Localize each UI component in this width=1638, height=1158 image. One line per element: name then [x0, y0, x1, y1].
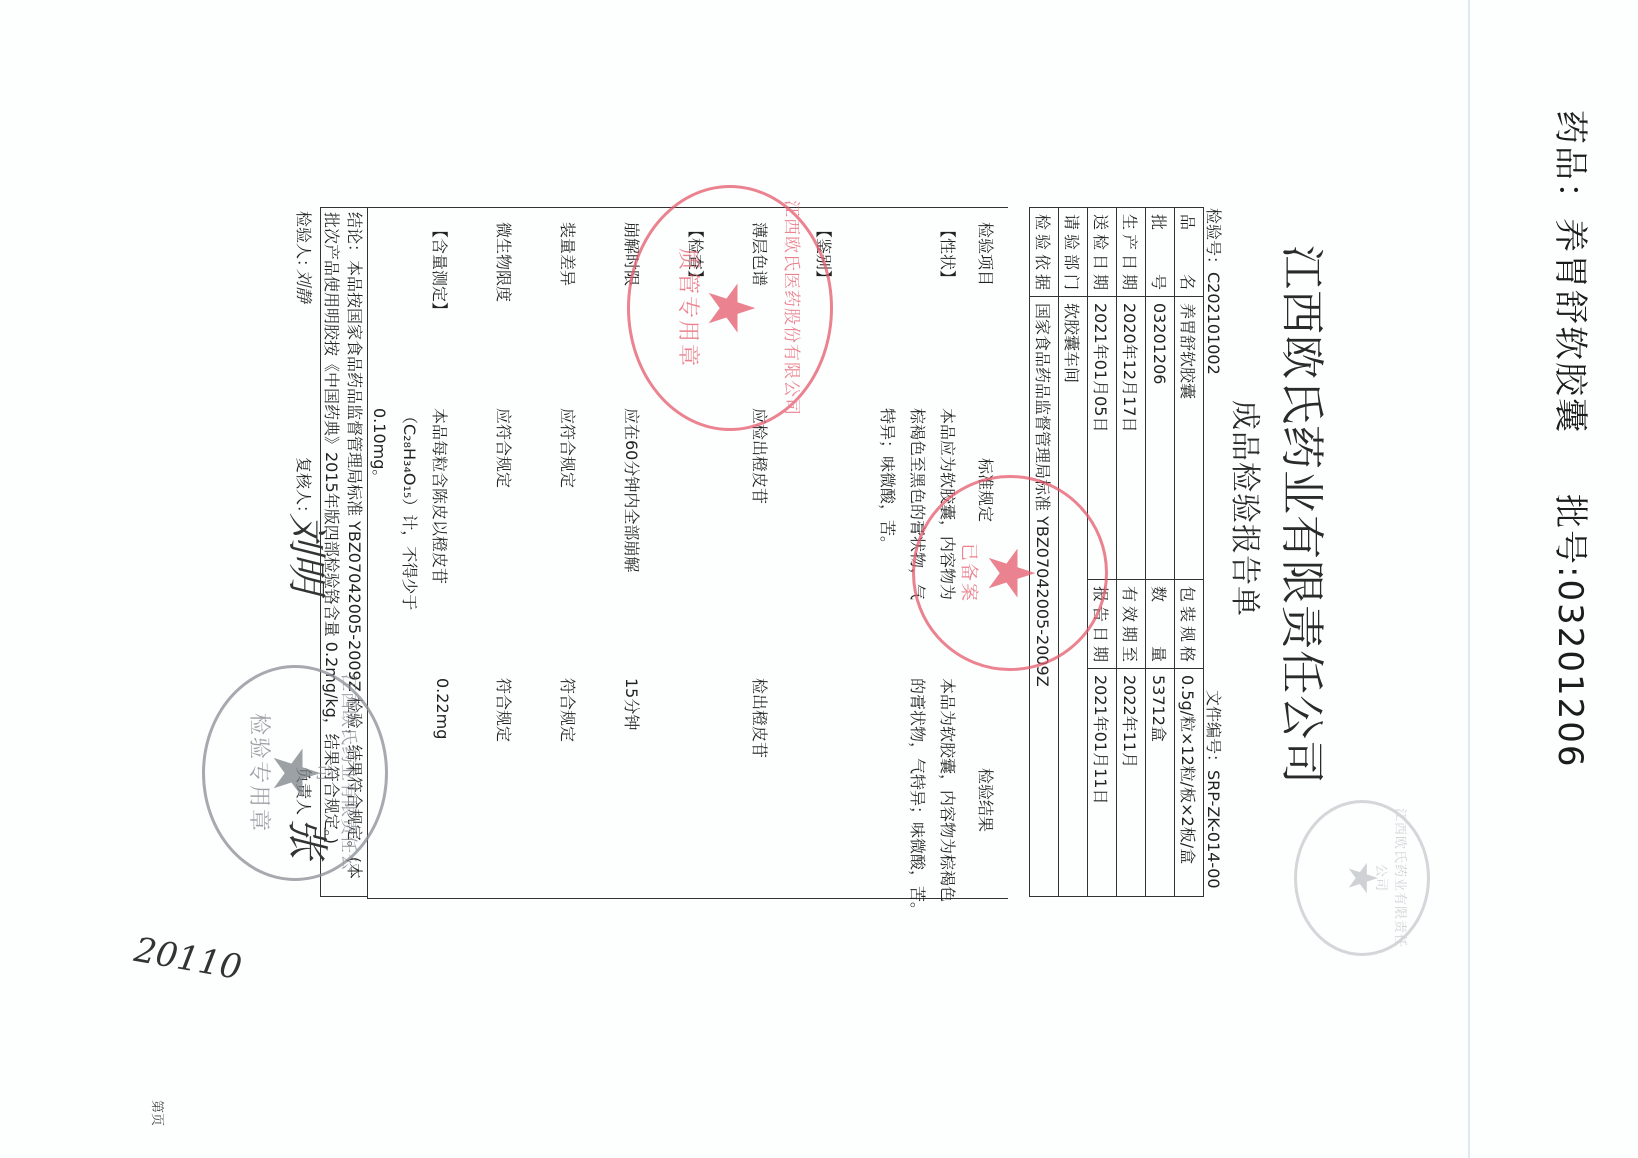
document-number: 文件编号：SRP-ZK-014-00 [1203, 690, 1226, 889]
approval-stamp-text: 已备案 [957, 478, 983, 668]
inspection-stamp-bottom-text: 检验专用章 [245, 668, 276, 878]
star-icon: ★ [978, 544, 1042, 601]
info-row: 生产日期2020年12月17日有效期至2022年11月 [1117, 208, 1146, 897]
item-standard: （C₂₈H₃₄O₁₅）计，不得少于 [399, 408, 422, 610]
inspection-stamp: 江西欧氏药业有限责任公司 ★ 检验专用章 [202, 665, 388, 881]
info-label: 生产日期 [1117, 208, 1146, 297]
item-result: 15分钟 [621, 678, 644, 730]
inspection-number: 检验号：C202101002 [1203, 208, 1226, 375]
info-value: 53712盒 [1146, 669, 1175, 897]
report-page: 药品：养胃舒软胶囊批号:03201206 江西欧氏药业有限责任公司 成品检验报告… [0, 0, 1638, 1158]
info-label: 批号 [1146, 208, 1175, 297]
company-name: 江西欧氏药业有限责任公司 [1274, 245, 1338, 785]
info-label: 检验依据 [1030, 208, 1059, 297]
item-name: 装量差异 [557, 222, 580, 286]
drug-name-label: 药品：养胃舒软胶囊 [1550, 110, 1590, 434]
info-value: 2021年01月11日 [1088, 669, 1117, 897]
company-faint-stamp: 江西欧氏药业有限责任公司 ★ [1294, 800, 1430, 956]
batch-number-label: 批号:03201206 [1550, 494, 1590, 769]
header-bar: 药品：养胃舒软胶囊批号:03201206 [1549, 110, 1598, 769]
info-value: 2022年11月 [1117, 669, 1146, 897]
qa-stamp: 江西欧氏医药股份有限公司 ★ 质管专用章 [627, 185, 833, 431]
item-standard: 特异；味微酸，苦。 [877, 408, 900, 552]
report-title: 成品检验报告单 [1226, 400, 1270, 617]
star-icon: ★ [698, 279, 762, 336]
item-result: 本品为软胶囊，内容物为棕褐色 [937, 678, 960, 902]
info-value: 03201206 [1146, 297, 1175, 580]
info-value: 养胃舒软胶囊 [1175, 297, 1204, 580]
item-standard: 应符合规定 [493, 408, 516, 488]
qa-stamp-top-text: 江西欧氏医药股份有限公司 [781, 188, 806, 428]
info-label: 有效期至 [1117, 580, 1146, 669]
info-label: 请验部门 [1059, 208, 1088, 297]
reviewer-signature: 刘明 [281, 513, 338, 593]
inspector-label: 检验人： [293, 211, 316, 275]
item-name: 【含量测定】 [429, 222, 452, 318]
info-row: 批号03201206数量53712盒 [1146, 208, 1175, 897]
item-result: 的膏状物，气特异；味微酸，苦。 [907, 678, 930, 918]
info-value: 0.5g/粒×12粒/板×2板/盒 [1175, 669, 1204, 897]
info-label: 送检日期 [1088, 208, 1117, 297]
scan-edge-line [1468, 0, 1470, 1158]
inspector-signature: 刘静 [293, 269, 318, 303]
reviewer-label: 复核人： [293, 457, 316, 521]
approval-stamp: ★ 已备案 [912, 475, 1108, 671]
item-standard: 0.10mg。 [369, 408, 392, 485]
item-name: 【性状】 [937, 222, 960, 286]
qa-stamp-bottom-text: 质管专用章 [674, 188, 705, 428]
item-standard: 应在60分钟内全部崩解 [621, 408, 644, 572]
column-header-item: 检验项目 [975, 222, 998, 286]
info-row: 品名养胃舒软胶囊包装规格0.5g/粒×12粒/板×2板/盒 [1175, 208, 1204, 897]
star-icon: ★ [1342, 860, 1382, 896]
item-result: 检出橙皮苷 [749, 678, 772, 758]
item-result: 0.22mg [433, 678, 452, 739]
page-number-label: 第页 [149, 1100, 168, 1126]
info-label: 包装规格 [1175, 580, 1204, 669]
item-standard: 本品每粒含陈皮以橙皮苷 [429, 408, 452, 584]
item-standard: 应符合规定 [557, 408, 580, 488]
info-label: 数量 [1146, 580, 1175, 669]
handwritten-note: 20110 [131, 930, 244, 988]
item-result: 符合规定 [493, 678, 516, 742]
info-value: 2020年12月17日 [1117, 297, 1146, 580]
info-label: 品名 [1175, 208, 1204, 297]
column-header-result: 检验结果 [975, 768, 998, 832]
item-name: 微生物限度 [493, 222, 516, 302]
item-result: 符合规定 [557, 678, 580, 742]
